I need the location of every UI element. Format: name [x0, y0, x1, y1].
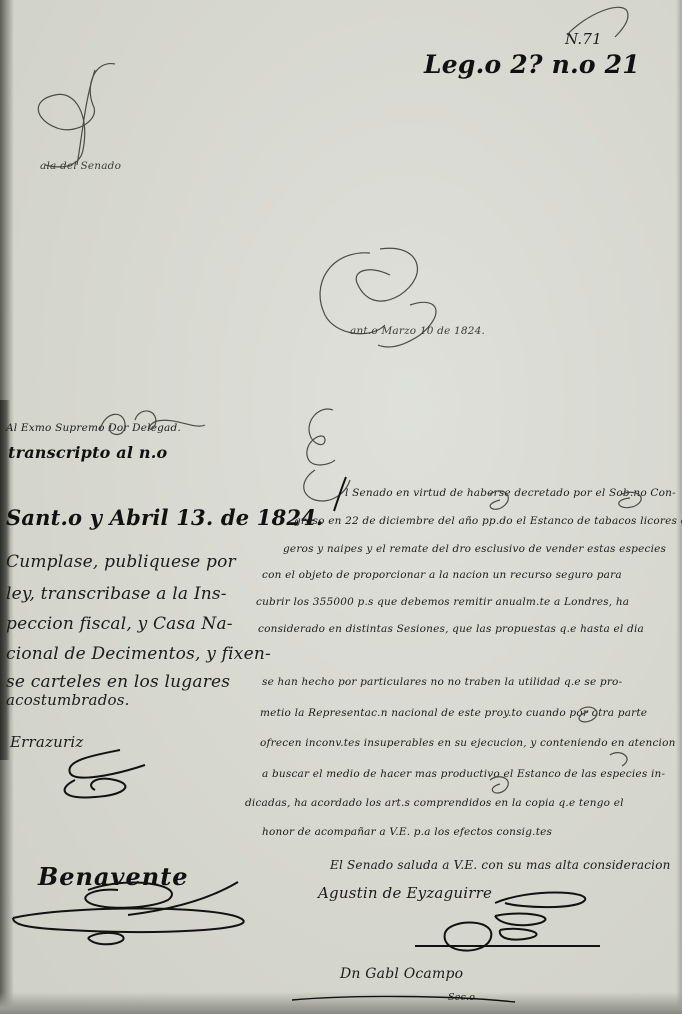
place-date: ant.o Marzo 10 de 1824.: [350, 325, 485, 337]
decree-line-1: transcripto al n.o: [8, 443, 167, 462]
decree-line-2: Sant.o y Abril 13. de 1824.: [6, 505, 324, 530]
decree-line-4: ley, transcribase a la Ins-: [6, 584, 227, 604]
eyzaguirre-rubric-icon: [410, 888, 610, 963]
decree-line-5: peccion fiscal, y Casa Na-: [6, 614, 233, 634]
recipient-name: Dn Gabl Ocampo: [340, 966, 463, 982]
date-flourish-s-icon: [310, 245, 450, 355]
page-edge-shadow-right: [676, 0, 682, 1014]
closing-salutation: El Senado saluda a V.E. con su mas alta …: [330, 858, 671, 872]
errazuriz-rubric-icon: [55, 745, 155, 805]
decree-line-8: acostumbrados.: [6, 691, 130, 709]
benavente-rubric-icon: [8, 880, 248, 955]
number-flourish: [565, 5, 635, 45]
sala-del-senado: ala del Senado: [40, 160, 121, 172]
decree-line-6: cional de Decimentos, y fixen-: [6, 644, 271, 664]
recipient-underline: [290, 990, 520, 1010]
body-loop-flourishes: [470, 490, 670, 850]
decree-line-7: se carteles en los lugares: [6, 672, 230, 692]
decree-line-3: Cumplase, publiquese por: [6, 552, 236, 572]
manuscript-page: Leg.o 2? n.o 21 N.71 ala del Senado ant.…: [0, 0, 682, 1014]
file-reference: Leg.o 2? n.o 21: [424, 50, 640, 79]
